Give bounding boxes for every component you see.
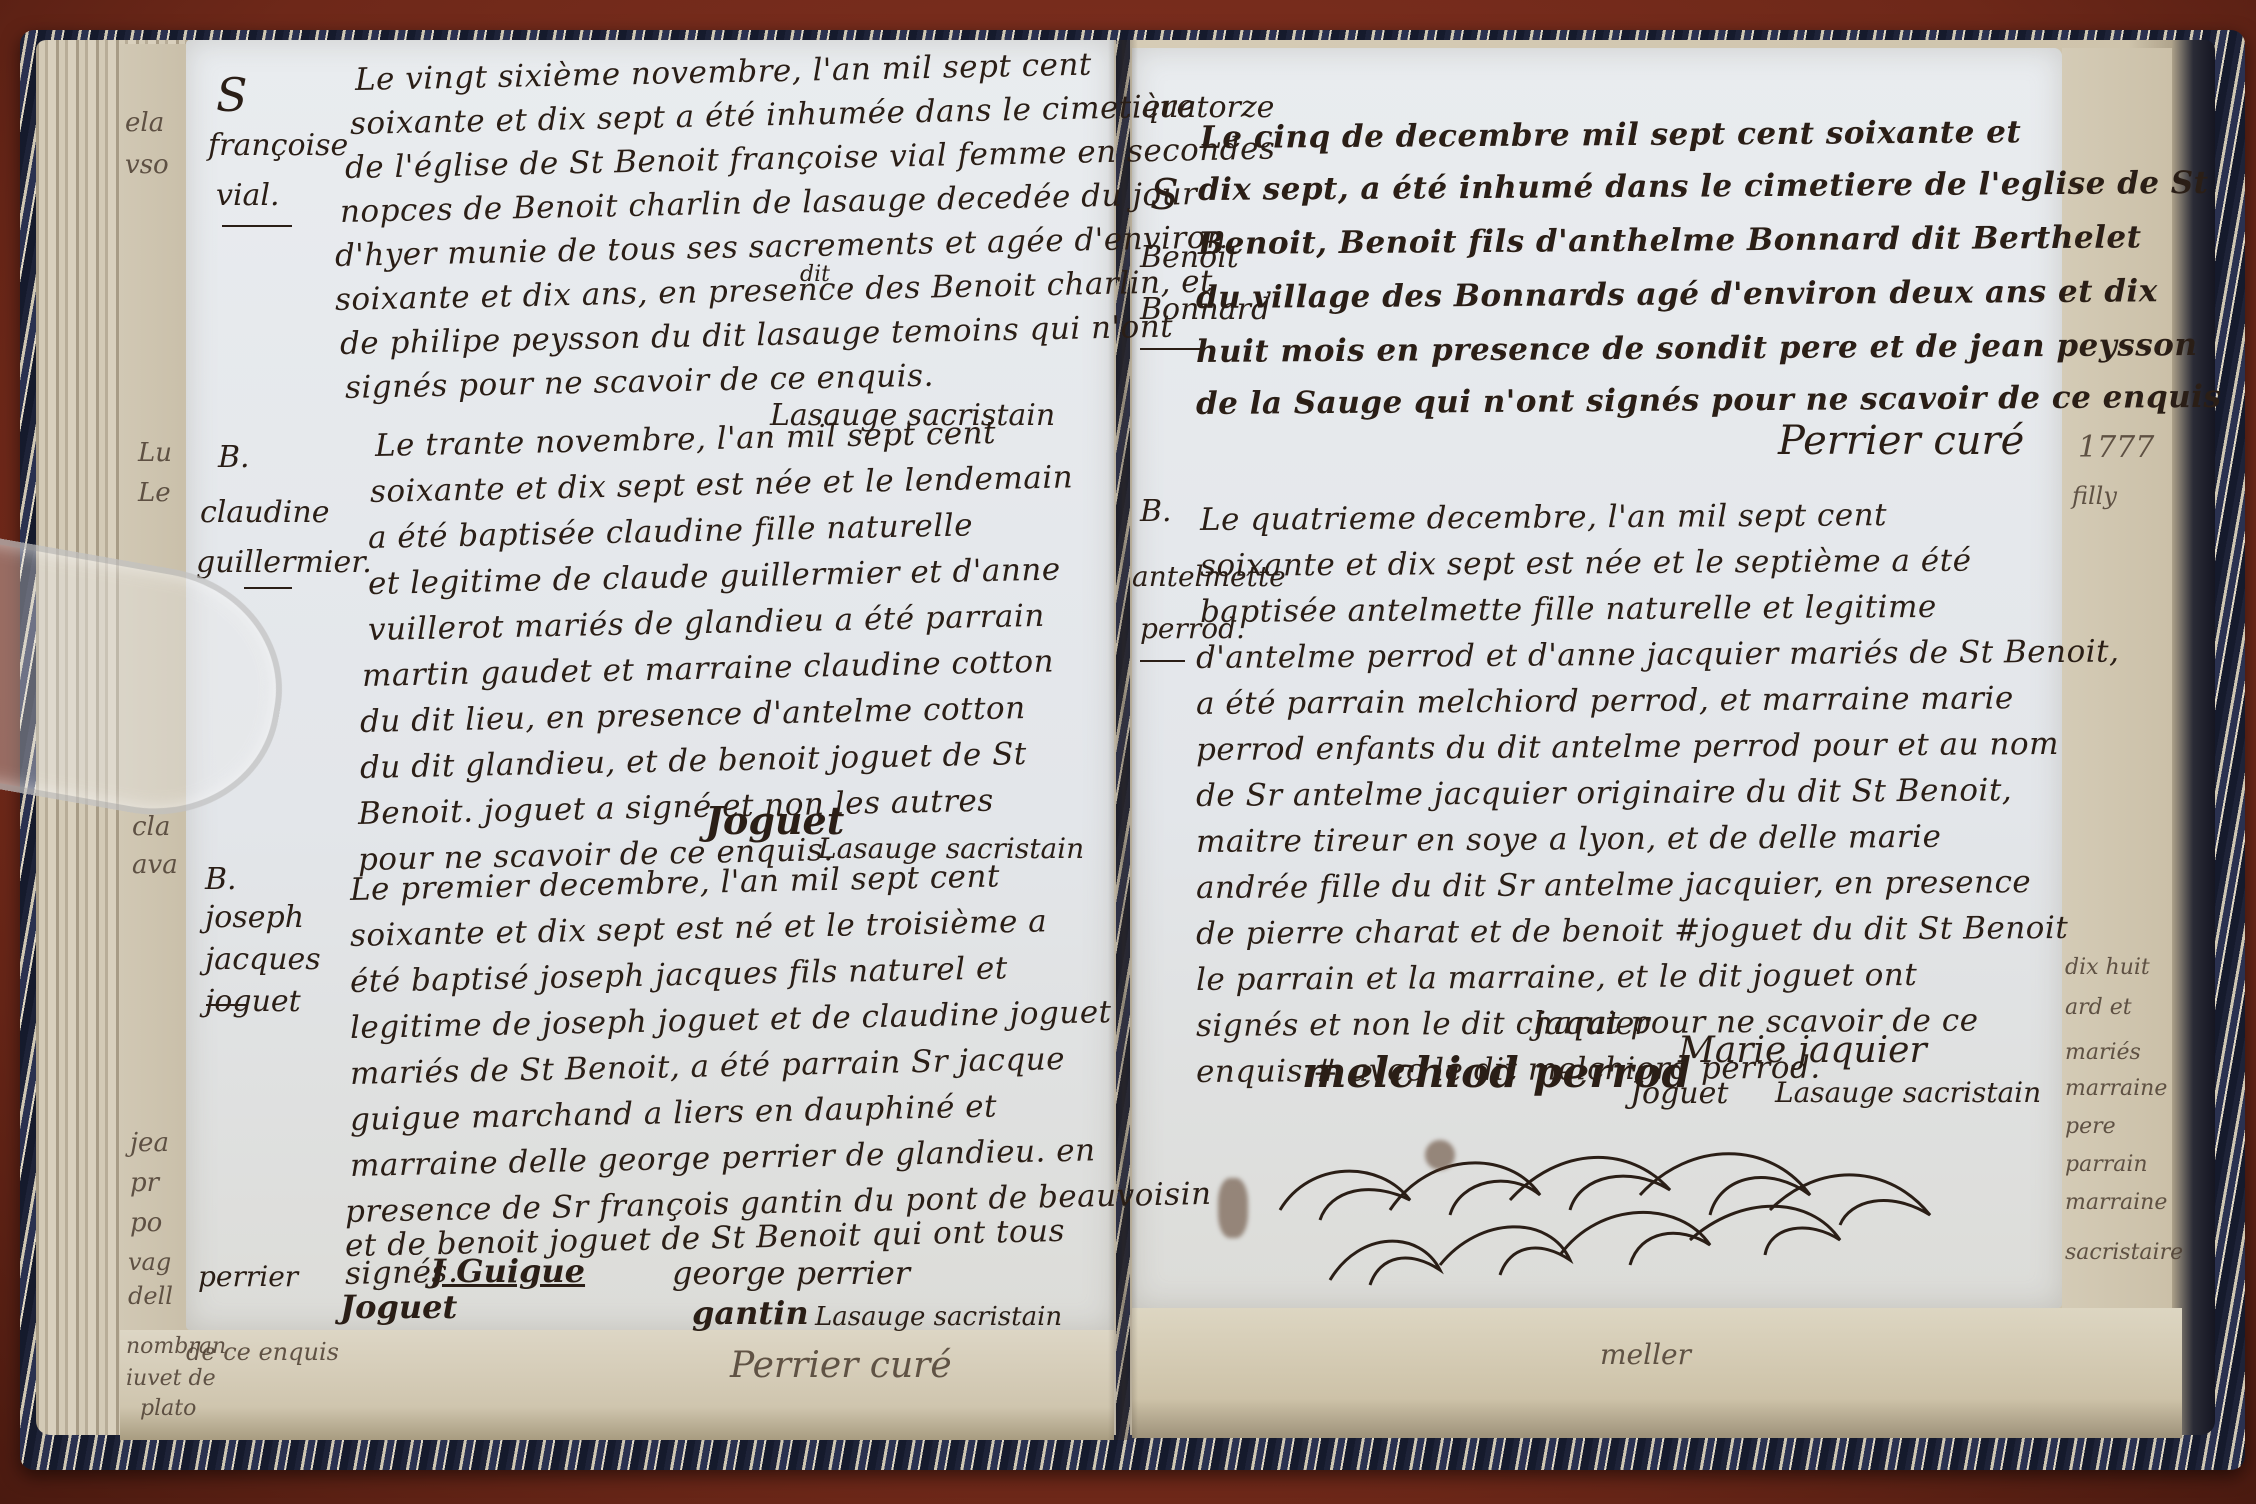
signature-sacristain: Lasauge sacristain (815, 1302, 1062, 1332)
margin-name: joguet (205, 984, 301, 1019)
edge-fragment: iuvet de (126, 1366, 216, 1391)
edge-fragment: vag (128, 1248, 171, 1276)
margin-name: vial. (216, 178, 280, 213)
edge-fragment: dell (128, 1282, 173, 1310)
entry-line: baptisée antelmette fille naturelle et l… (1200, 589, 1937, 630)
entry-line: Le cinq de decembre mil sept cent soixan… (1200, 114, 2021, 156)
edge-fragment: pr (130, 1168, 159, 1198)
edge-fragment: marraine (2065, 1076, 2167, 1101)
entry-line: de Sr antelme jacquier originaire du dit… (1196, 772, 2012, 814)
signature-j-guigue: J Guigue (430, 1252, 585, 1290)
edge-fragment: mariés (2065, 1040, 2141, 1065)
entry-line: dix sept, a été inhumé dans le cimetiere… (1198, 165, 2209, 208)
entry-type-mark: B. (1140, 494, 1172, 529)
edge-fragment: jea (130, 1128, 169, 1158)
bottom-note: meller (1600, 1338, 1691, 1371)
entry-line: soixante et dix sept est née et le septi… (1200, 543, 1972, 584)
margin-name: joseph (205, 900, 304, 935)
margin-underline (206, 1004, 246, 1006)
ink-stain (1425, 1140, 1455, 1170)
edge-fragment: po (130, 1208, 162, 1238)
edge-fragment: Le (138, 478, 171, 508)
signature-perrier-cure: Perrier curé (730, 1345, 952, 1386)
signature-perrier: perrier (198, 1260, 298, 1293)
margin-underline (1140, 348, 1200, 350)
edge-fragment: plato (140, 1396, 196, 1421)
edge-fragment: parrain (2065, 1152, 2148, 1177)
bottom-note: de ce enquis (186, 1338, 339, 1366)
entry-type-mark: B. (218, 440, 250, 475)
edge-fragment: vso (125, 150, 169, 180)
entry-line: huit mois en presence de sondit pere et … (1196, 327, 2198, 370)
edge-fragment: ava (132, 850, 178, 880)
entry-line: Benoit, Benoit fils d'anthelme Bonnard d… (1198, 219, 2142, 262)
entry-line: du village des Bonnards agé d'environ de… (1196, 273, 2158, 316)
margin-underline (244, 587, 292, 589)
margin-name: françoise (208, 128, 348, 163)
entry-type-mark: B. (205, 862, 237, 897)
edge-fragment: filly (2072, 482, 2117, 510)
signature-george-perrier: george perrier (672, 1254, 910, 1292)
signature-joguet: Joguet (340, 1288, 457, 1326)
edge-fragment: dix huit (2065, 955, 2150, 980)
signature-joguet: Joguet (1630, 1076, 1728, 1111)
entry-line: de la Sauge qui n'ont signés pour ne sca… (1196, 379, 2222, 422)
edge-fragment: cla (132, 812, 170, 842)
year-margin-note: 1777 (2078, 430, 2154, 465)
entry-line: le parrain et la marraine, et le dit jog… (1196, 957, 1918, 998)
entry-line: andrée fille du dit Sr antelme jacquier,… (1196, 864, 2031, 906)
edge-fragment: sacristaire (2065, 1240, 2183, 1265)
entry-line: Le quatrieme decembre, l'an mil sept cen… (1200, 497, 1887, 538)
signature-marie-jaquier: Marie jaquier (1678, 1030, 1927, 1071)
entry-line: perrod enfants du dit antelme perrod pou… (1196, 726, 2059, 768)
entry-type-mark: S (216, 68, 248, 122)
signature-gantin: gantin (692, 1294, 809, 1332)
edge-fragment: ard et (2065, 995, 2132, 1020)
signature-jaquier: jaquier (1535, 1004, 1650, 1042)
entry-line: maitre tireur en soye a lyon, et de dell… (1196, 819, 1942, 860)
edge-fragment: pere (2065, 1114, 2116, 1139)
margin-underline (1140, 660, 1185, 662)
margin-name: jacques (205, 942, 321, 977)
margin-underline (222, 225, 292, 227)
entry-line: de pierre charat et de benoit #joguet du… (1196, 910, 2069, 952)
margin-name: guillermier. (196, 545, 372, 580)
margin-name: claudine (200, 495, 329, 530)
decorative-flourish-icon (1270, 1140, 1990, 1300)
ink-stain (1218, 1178, 1248, 1238)
edge-fragment: ela (125, 108, 164, 138)
entry-type-mark: S (1150, 170, 1179, 219)
signature-perrier-cure: Perrier curé (1778, 418, 2024, 464)
edge-fragment: Lu (138, 438, 172, 468)
right-page-bottom-margin (1132, 1308, 2182, 1438)
entry-line: d'antelme perrod et d'anne jacquier mari… (1196, 634, 2120, 676)
entry-line: a été parrain melchiord perrod, et marra… (1196, 680, 2014, 722)
signature-sacristain: Lasauge sacristain (1775, 1076, 2041, 1109)
edge-fragment: marraine (2065, 1190, 2167, 1215)
